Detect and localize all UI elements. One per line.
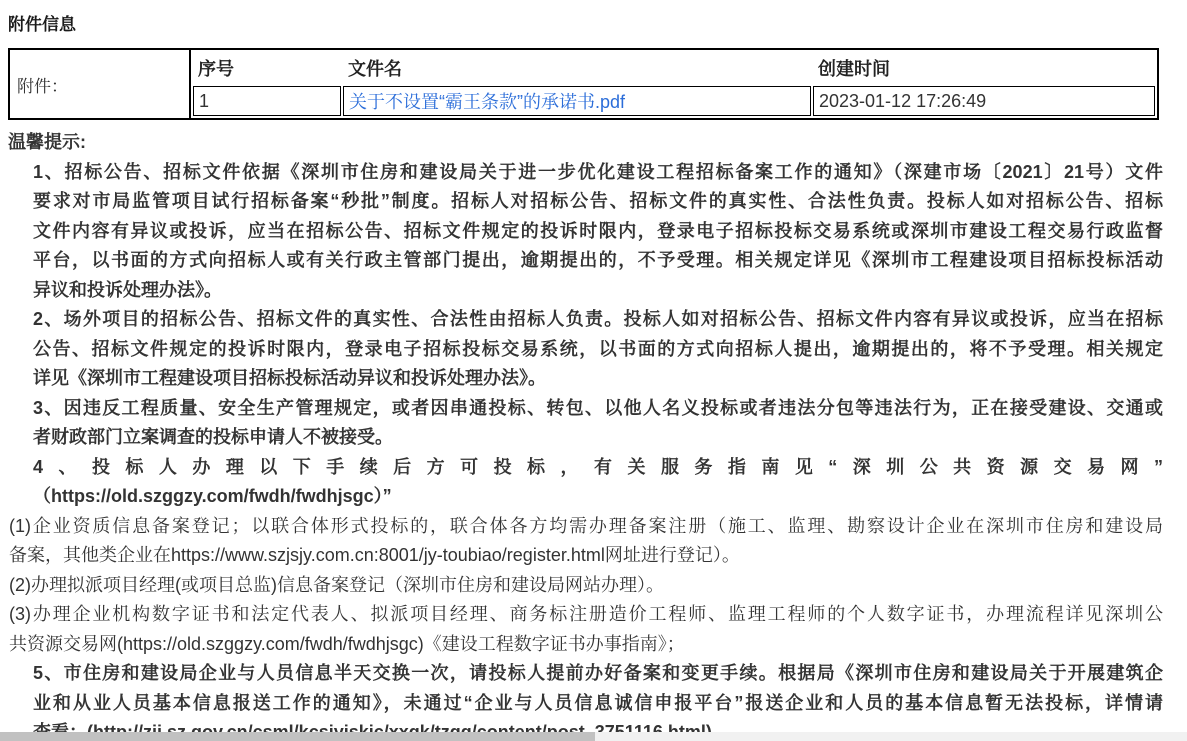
- attachment-label: 附件：: [10, 50, 191, 118]
- col-header-serial: 序号: [193, 52, 341, 84]
- notice-line: （https://old.szggzy.com/fwdh/fwdhjsgc）”: [33, 482, 1163, 512]
- notice-line: 3、因违反工程质量、安全生产管理规定，或者因串通投标、转包、以他人名义投标或者违…: [33, 394, 1163, 424]
- tips-label: 温馨提示:: [8, 128, 1179, 158]
- notice-paragraph: 5、市住房和建设局企业与人员信息半天交换一次，请投标人提前办好备案和变更手续。根…: [33, 659, 1163, 741]
- notice-paragraph: 1、招标公告、招标文件依据《深圳市住房和建设局关于进一步优化建设工程招标备案工作…: [33, 158, 1163, 306]
- file-link[interactable]: 关于不设置“霸王条款”的承诺书.pdf: [349, 92, 625, 112]
- notice-line: 业和从业人员基本信息报送工作的通知》，未通过“企业与人员信息诚信申报平台”报送企…: [33, 689, 1163, 719]
- notice-paragraph: (2)办理拟派项目经理(或项目总监)信息备案登记（深圳市住房和建设局网站办理）。: [9, 571, 1163, 601]
- notice-line: 公告、招标文件规定的投诉时限内，登录电子招标投标交易系统，以书面的方式向招标人提…: [33, 335, 1163, 365]
- notice-line: 2、场外项目的招标公告、招标文件的真实性、合法性由招标人负责。投标人如对招标公告…: [33, 305, 1163, 335]
- notice-paragraph: 2、场外项目的招标公告、招标文件的真实性、合法性由招标人负责。投标人如对招标公告…: [33, 305, 1163, 394]
- notice-line: 平台，以书面的方式向招标人或有关行政主管部门提出，逾期提出的，不予受理。相关规定…: [33, 246, 1163, 276]
- page-title: 附件信息: [8, 10, 1179, 35]
- attachment-box: 附件： 序号 文件名 创建时间 1 关于不设置“霸王条款”的承诺书.pdf 20…: [8, 48, 1159, 120]
- serial-cell: 1: [193, 86, 341, 116]
- notice-line: 共资源交易网(https://old.szggzy.com/fwdh/fwdhj…: [9, 630, 1163, 660]
- created-cell: 2023-01-12 17:26:49: [813, 86, 1155, 116]
- notice-paragraph: (1)企业资质信息备案登记；以联合体形式投标的，联合体各方均需办理备案注册（施工…: [9, 512, 1163, 571]
- notice-line: 要求对市局监管项目试行招标备案“秒批”制度。招标人对招标公告、招标文件的真实性、…: [33, 187, 1163, 217]
- notice-line: 者财政部门立案调查的投标申请人不被接受。: [33, 423, 1163, 453]
- table-row: 1 关于不设置“霸王条款”的承诺书.pdf 2023-01-12 17:26:4…: [193, 86, 1155, 116]
- notice-line: 4、投标人办理以下手续后方可投标，有关服务指南见“深圳公共资源交易网”: [33, 453, 1163, 483]
- col-header-created: 创建时间: [813, 52, 1155, 84]
- page: 附件信息 附件： 序号 文件名 创建时间 1 关于不设置“霸王条款”的承诺书.p…: [0, 10, 1187, 741]
- notice-paragraph: (3)办理企业机构数字证书和法定代表人、拟派项目经理、商务标注册造价工程师、监理…: [9, 600, 1163, 659]
- scrollbar-thumb[interactable]: [0, 732, 595, 741]
- attachment-header-row: 序号 文件名 创建时间: [193, 52, 1155, 84]
- notice-paragraph: 4、投标人办理以下手续后方可投标，有关服务指南见“深圳公共资源交易网”（http…: [33, 453, 1163, 512]
- notice-line: (2)办理拟派项目经理(或项目总监)信息备案登记（深圳市住房和建设局网站办理）。: [9, 571, 1163, 601]
- notice-line: 详见《深圳市工程建设项目招标投标活动异议和投诉处理办法》。: [33, 364, 1163, 394]
- notice-line: 备案，其他类企业在https://www.szjsjy.com.cn:8001/…: [9, 541, 1163, 571]
- notice-line: 异议和投诉处理办法》。: [33, 276, 1163, 306]
- notice-line: 文件内容有异议或投诉，应当在招标公告、招标文件规定的投诉时限内，登录电子招标投标…: [33, 217, 1163, 247]
- attachment-table: 序号 文件名 创建时间 1 关于不设置“霸王条款”的承诺书.pdf 2023-0…: [191, 50, 1157, 118]
- filename-cell: 关于不设置“霸王条款”的承诺书.pdf: [343, 86, 811, 116]
- col-header-filename: 文件名: [343, 52, 811, 84]
- notice-line: (1)企业资质信息备案登记；以联合体形式投标的，联合体各方均需办理备案注册（施工…: [9, 512, 1163, 542]
- attachment-table-wrap: 序号 文件名 创建时间 1 关于不设置“霸王条款”的承诺书.pdf 2023-0…: [191, 50, 1157, 118]
- notice-line: 1、招标公告、招标文件依据《深圳市住房和建设局关于进一步优化建设工程招标备案工作…: [33, 158, 1163, 188]
- notice-line: (3)办理企业机构数字证书和法定代表人、拟派项目经理、商务标注册造价工程师、监理…: [9, 600, 1163, 630]
- notice-paragraph: 3、因违反工程质量、安全生产管理规定，或者因串通投标、转包、以他人名义投标或者违…: [33, 394, 1163, 453]
- notices-list: 1、招标公告、招标文件依据《深圳市住房和建设局关于进一步优化建设工程招标备案工作…: [8, 158, 1179, 741]
- horizontal-scrollbar[interactable]: [0, 732, 1187, 741]
- notice-line: 5、市住房和建设局企业与人员信息半天交换一次，请投标人提前办好备案和变更手续。根…: [33, 659, 1163, 689]
